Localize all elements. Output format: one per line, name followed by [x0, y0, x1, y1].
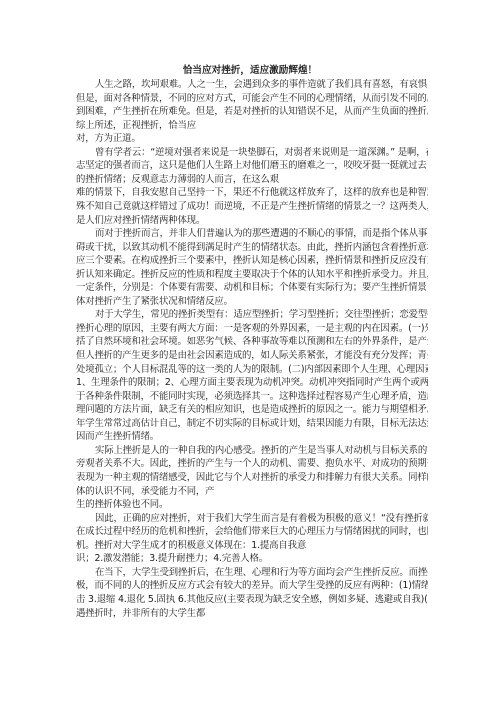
paragraph-first-line: 对于大学生，常见的挫折类型有：适应型挫折；学习型挫折；交往型挫折；恋爱型挫折；择… [95, 309, 428, 321]
paragraph-line: 1、生理条件的限制；2、心理方面主要表现为动机冲突。动机冲突指同时产生两个或两个… [76, 377, 428, 389]
paragraph-line: 的挫折情绪；反观意志力薄弱的人而言，在这么艰 [76, 174, 428, 186]
paragraph-line: 因而产生挫折情绪。 [76, 431, 428, 443]
paragraph-line: 击 3.退缩 4.退化 5.固执 6.其他反应(主要表现为缺乏安全感，例如多疑、… [76, 594, 428, 606]
paragraph-first-line: 曾有学者云：“逆境对强者来说是一块垫脚石，对弱者来说则是一道深渊。” 是啊，在艰… [95, 147, 428, 159]
paragraph-first-line: 在当下，大学生受到挫折后，在生理、心理和行为等方面均会产生挫折反应。而挫折反应可… [95, 567, 428, 579]
paragraph-line: 殊不知自己竟就这样错过了成功！而逆境，不正是产生挫折情绪的情景之一？这两类人，也 [76, 201, 428, 213]
paragraph-line: 志坚定的强者而言，这只是他们人生路上对他们磨玉的磨难之一，咬咬牙挺一挺就过去了，… [76, 160, 428, 172]
paragraph-line: 极，而不同的人的挫折反应方式会有较大的差异。而大学生受挫的反应有两种：(1)情绪… [76, 580, 428, 592]
paragraph-line: 综上所述，正视挫折，恰当应 [76, 120, 428, 132]
document-title: 恰当应对挫折，适应激励辉煌！ [0, 65, 500, 77]
paragraph-line: 应三个要素。在构成挫折三个要素中，挫折认知是核心因素，挫折情景和挫折反应没有直接… [76, 255, 428, 267]
paragraph-line: 表现为一种主观的情绪感受，因此它与个人对挫折的承受力和排解力有很大关系。同样的挫… [76, 472, 428, 484]
paragraph-first-line: 而对于挫折而言，并非人们普遍认为的那些遭遇的不顺心的事情，而是指个体从事有目的的… [95, 228, 428, 240]
paragraph-line: 难的情景下，自我安慰自己坚持一下，果还不行他就这样放弃了，这样的放弃也是种智慧。… [76, 187, 428, 199]
paragraph-line: 到困难，产生挫折在所难免。但是，若是对挫折的认知错误不足，从而产生负面的挫折反应… [76, 106, 428, 118]
document-page: 恰当应对挫折，适应激励辉煌！ 人生之路，坎坷艰难。人之一生，会遇到众多的事件造就… [0, 0, 500, 707]
paragraph-first-line: 因此，正确的应对挫折，对于我们大学生而言是有着极为积极的意义！“没有挫折就没有成… [95, 513, 428, 525]
paragraph-line: 折认知来确定。挫折反应的性质和程度主要取决于个体的认知水平和挫折承受力。并且，挫… [76, 269, 428, 281]
paragraph-line: 是人们应对挫折情绪两种体现。 [76, 215, 428, 227]
paragraph-line: 识；2.激发潜能；3.提升耐挫力；4.完善人格。 [76, 553, 428, 565]
paragraph-line: 旁观者关系不大。因此，挫折的产生与一个人的动机、需要、抱负水平、对成功的预期有重… [76, 458, 428, 470]
paragraph-line: 生的挫折体验也不同。 [76, 499, 428, 511]
paragraph-line: 在成长过程中经历的危机和挫折，会给他们带来巨大的心理压力与情绪困扰的同时，也同样… [76, 526, 428, 538]
paragraph-line: 但是，面对各种情景，不同的应对方式，可能会产生不同的心理情绪，从而引发不同的后果… [76, 93, 428, 105]
paragraph-line: 机。挫折对大学生成才的积极意义体现在：1.提高自我意 [76, 540, 428, 552]
paragraph-line: 遇挫折时，并非所有的大学生都 [76, 608, 428, 620]
paragraph-line: 对，方为正道。 [76, 133, 428, 145]
paragraph-line: 括了自然环境和社会环境。如恶劣气候、各种事故等难以预测和左右的外界条件，是产生挫… [76, 336, 428, 348]
paragraph-line: 理问题的方法片面，缺乏有关的相应知识，也是造成挫折的原因之一。能力与期望相矛盾也… [76, 404, 428, 416]
paragraph-line: 一定条件，分别是：个体要有需要、动机和目标；个体要有实际行为；要产生挫折情景；挫… [76, 282, 428, 294]
paragraph-line: 碍或干扰，以致其动机不能得到满足时产生的情绪状态。由此，挫折内涵包含着挫折意境、… [76, 242, 428, 254]
paragraph-line: 年学生常常过高估计自己，制定不切实际的目标或计划，结果因能力有限，目标无法达到，… [76, 418, 428, 430]
paragraph-first-line: 人生之路，坎坷艰难。人之一生，会遇到众多的事件造就了我们具有喜怒，有哀惧，爱恶欲… [95, 79, 428, 91]
paragraph-line: 于各种条件限制，不能同时实现，必须选择其一。这种选择过程容易产生心理矛盾，造成挫… [76, 391, 428, 403]
paragraph-line: 体的认识不同，承受能力不同，产 [76, 486, 428, 498]
paragraph-line: 处境孤立；个人目标混乱等的这一类的人为的限制。(二)内部因素即个人生理、心理因素… [76, 364, 428, 376]
paragraph-line: 体对挫折产生了紧张状况和情绪反应。 [76, 296, 428, 308]
paragraph-line: 但人挫折的产生更多的是由社会因素造成的，如人际关系紧张，才能没有充分发挥；青少年… [76, 350, 428, 362]
paragraph-line: 挫折心理的原因，主要有两大方面：一是客观的外界因素，一是主观的内在因素。(一)外… [76, 323, 428, 335]
paragraph-first-line: 实际上挫折是人的一种自我的内心感受。挫折的产生是当事人对动机与目标关系的认识、评… [95, 445, 428, 457]
